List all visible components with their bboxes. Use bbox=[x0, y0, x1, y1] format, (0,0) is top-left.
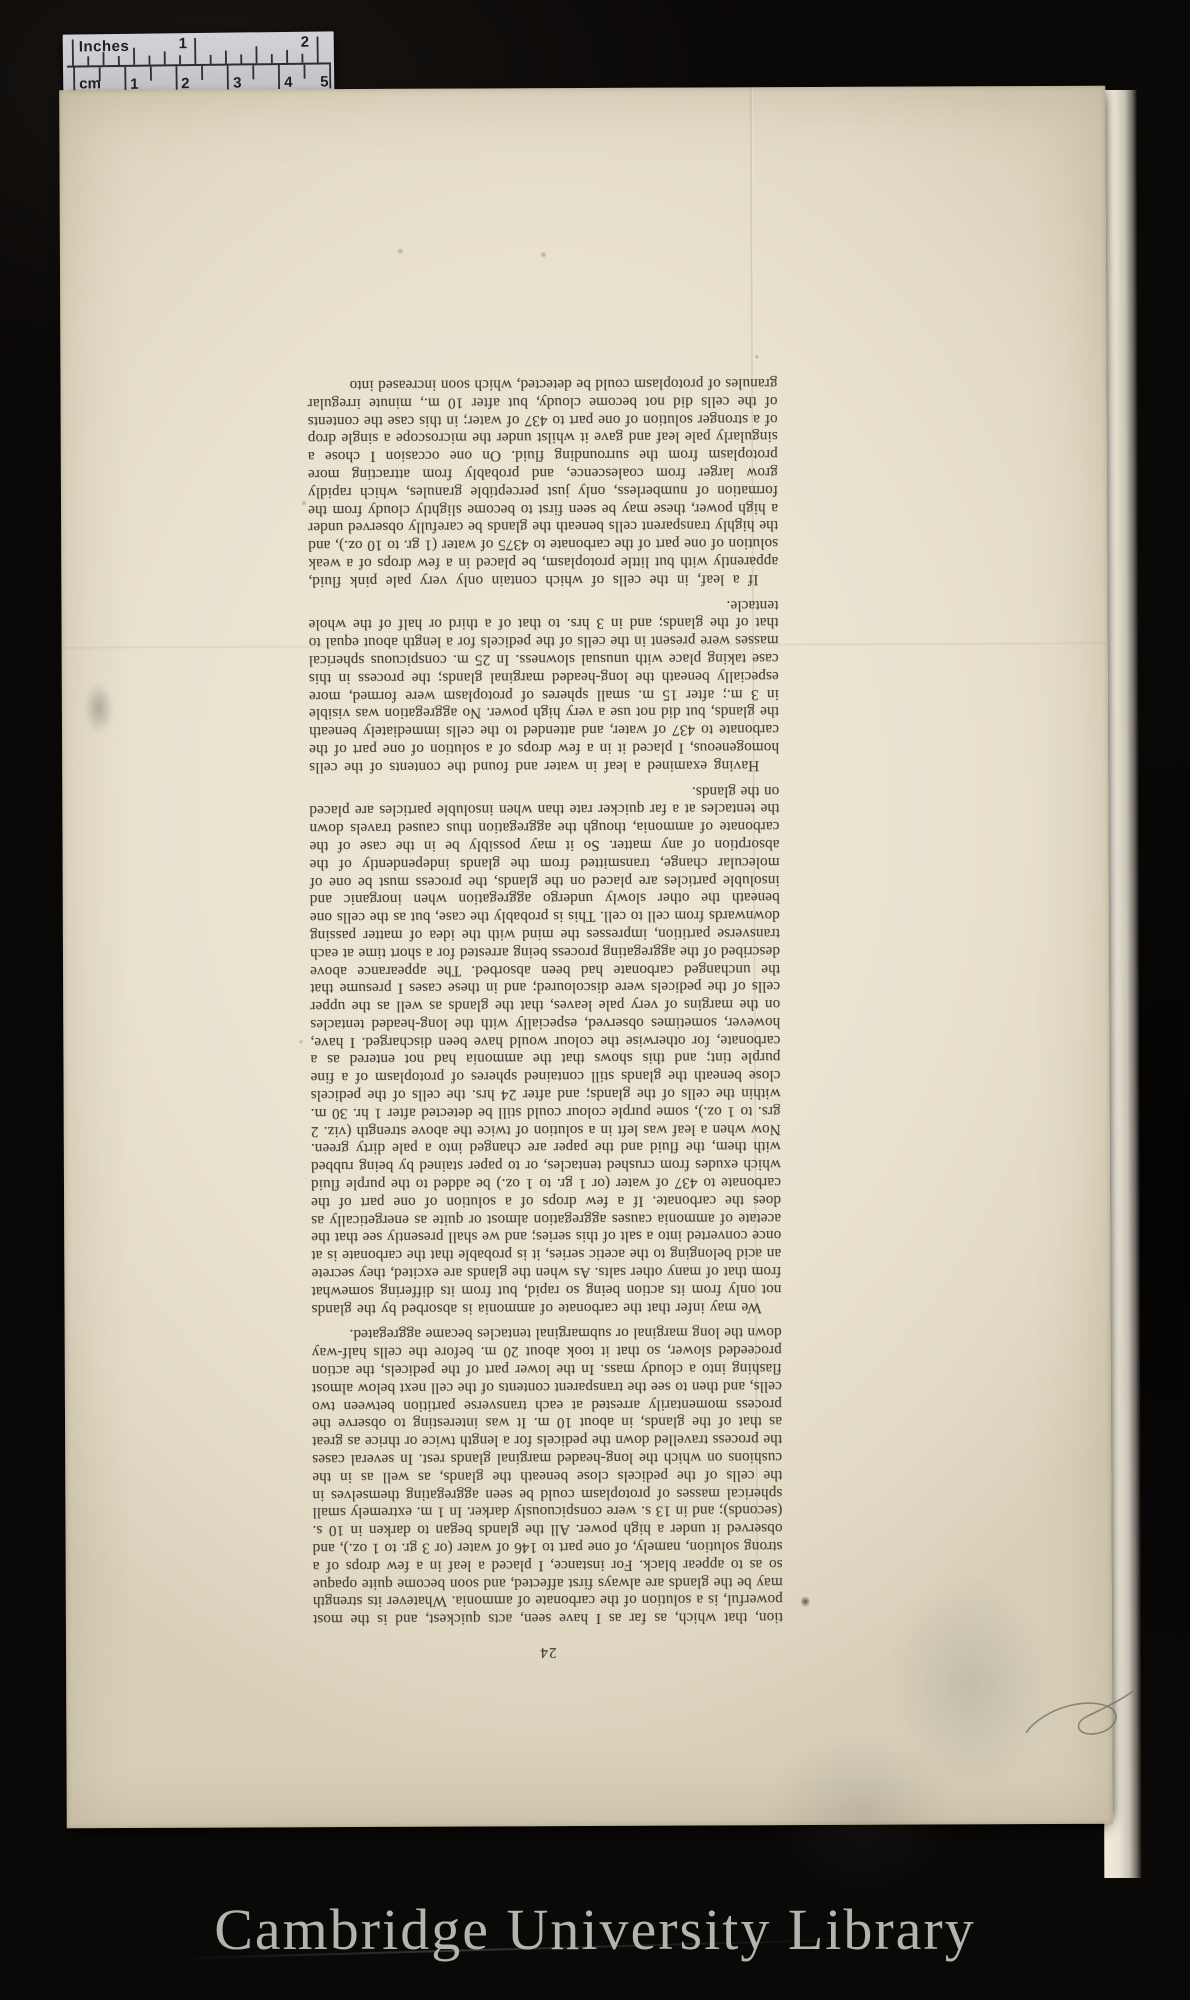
foxing-spot bbox=[298, 1039, 303, 1044]
paragraph: We may infer that the carbonate of ammon… bbox=[309, 782, 781, 1318]
paragraph: If a leaf, in the cells of which contain… bbox=[307, 374, 778, 590]
foxing-spot bbox=[397, 248, 404, 255]
paragraph: Having examined a leaf in water and foun… bbox=[308, 596, 779, 776]
library-watermark: Cambridge University Library bbox=[0, 1896, 1190, 1963]
ruler-cm-number-5: 5 bbox=[320, 73, 329, 90]
ruler-inch-number-2: 2 bbox=[301, 34, 310, 51]
graphite-ghost bbox=[766, 1726, 957, 1897]
ruler-inch-number-1: 1 bbox=[179, 35, 188, 52]
foxing-spot bbox=[301, 500, 307, 506]
ink-speck bbox=[801, 1595, 810, 1608]
page-number: 24 bbox=[313, 1641, 783, 1661]
ruler-inches-label: Inches bbox=[79, 38, 130, 56]
measurement-ruler: Inches 1 2 cm 1 2 3 4 5 bbox=[63, 31, 335, 95]
book-page: 24 tion, that which, as far as I have se… bbox=[59, 86, 1113, 1829]
foxing-spot bbox=[540, 251, 547, 258]
pencil-scribble bbox=[1018, 1684, 1138, 1760]
library-scan-photo: Inches 1 2 cm 1 2 3 4 5 24 tion, that wh… bbox=[0, 0, 1190, 2000]
pencil-smudge bbox=[84, 682, 114, 734]
page-text-upside-down: 24 tion, that which, as far as I have se… bbox=[307, 269, 783, 1661]
paragraph-continuation: tion, that which, as far as I have seen,… bbox=[312, 1324, 783, 1629]
